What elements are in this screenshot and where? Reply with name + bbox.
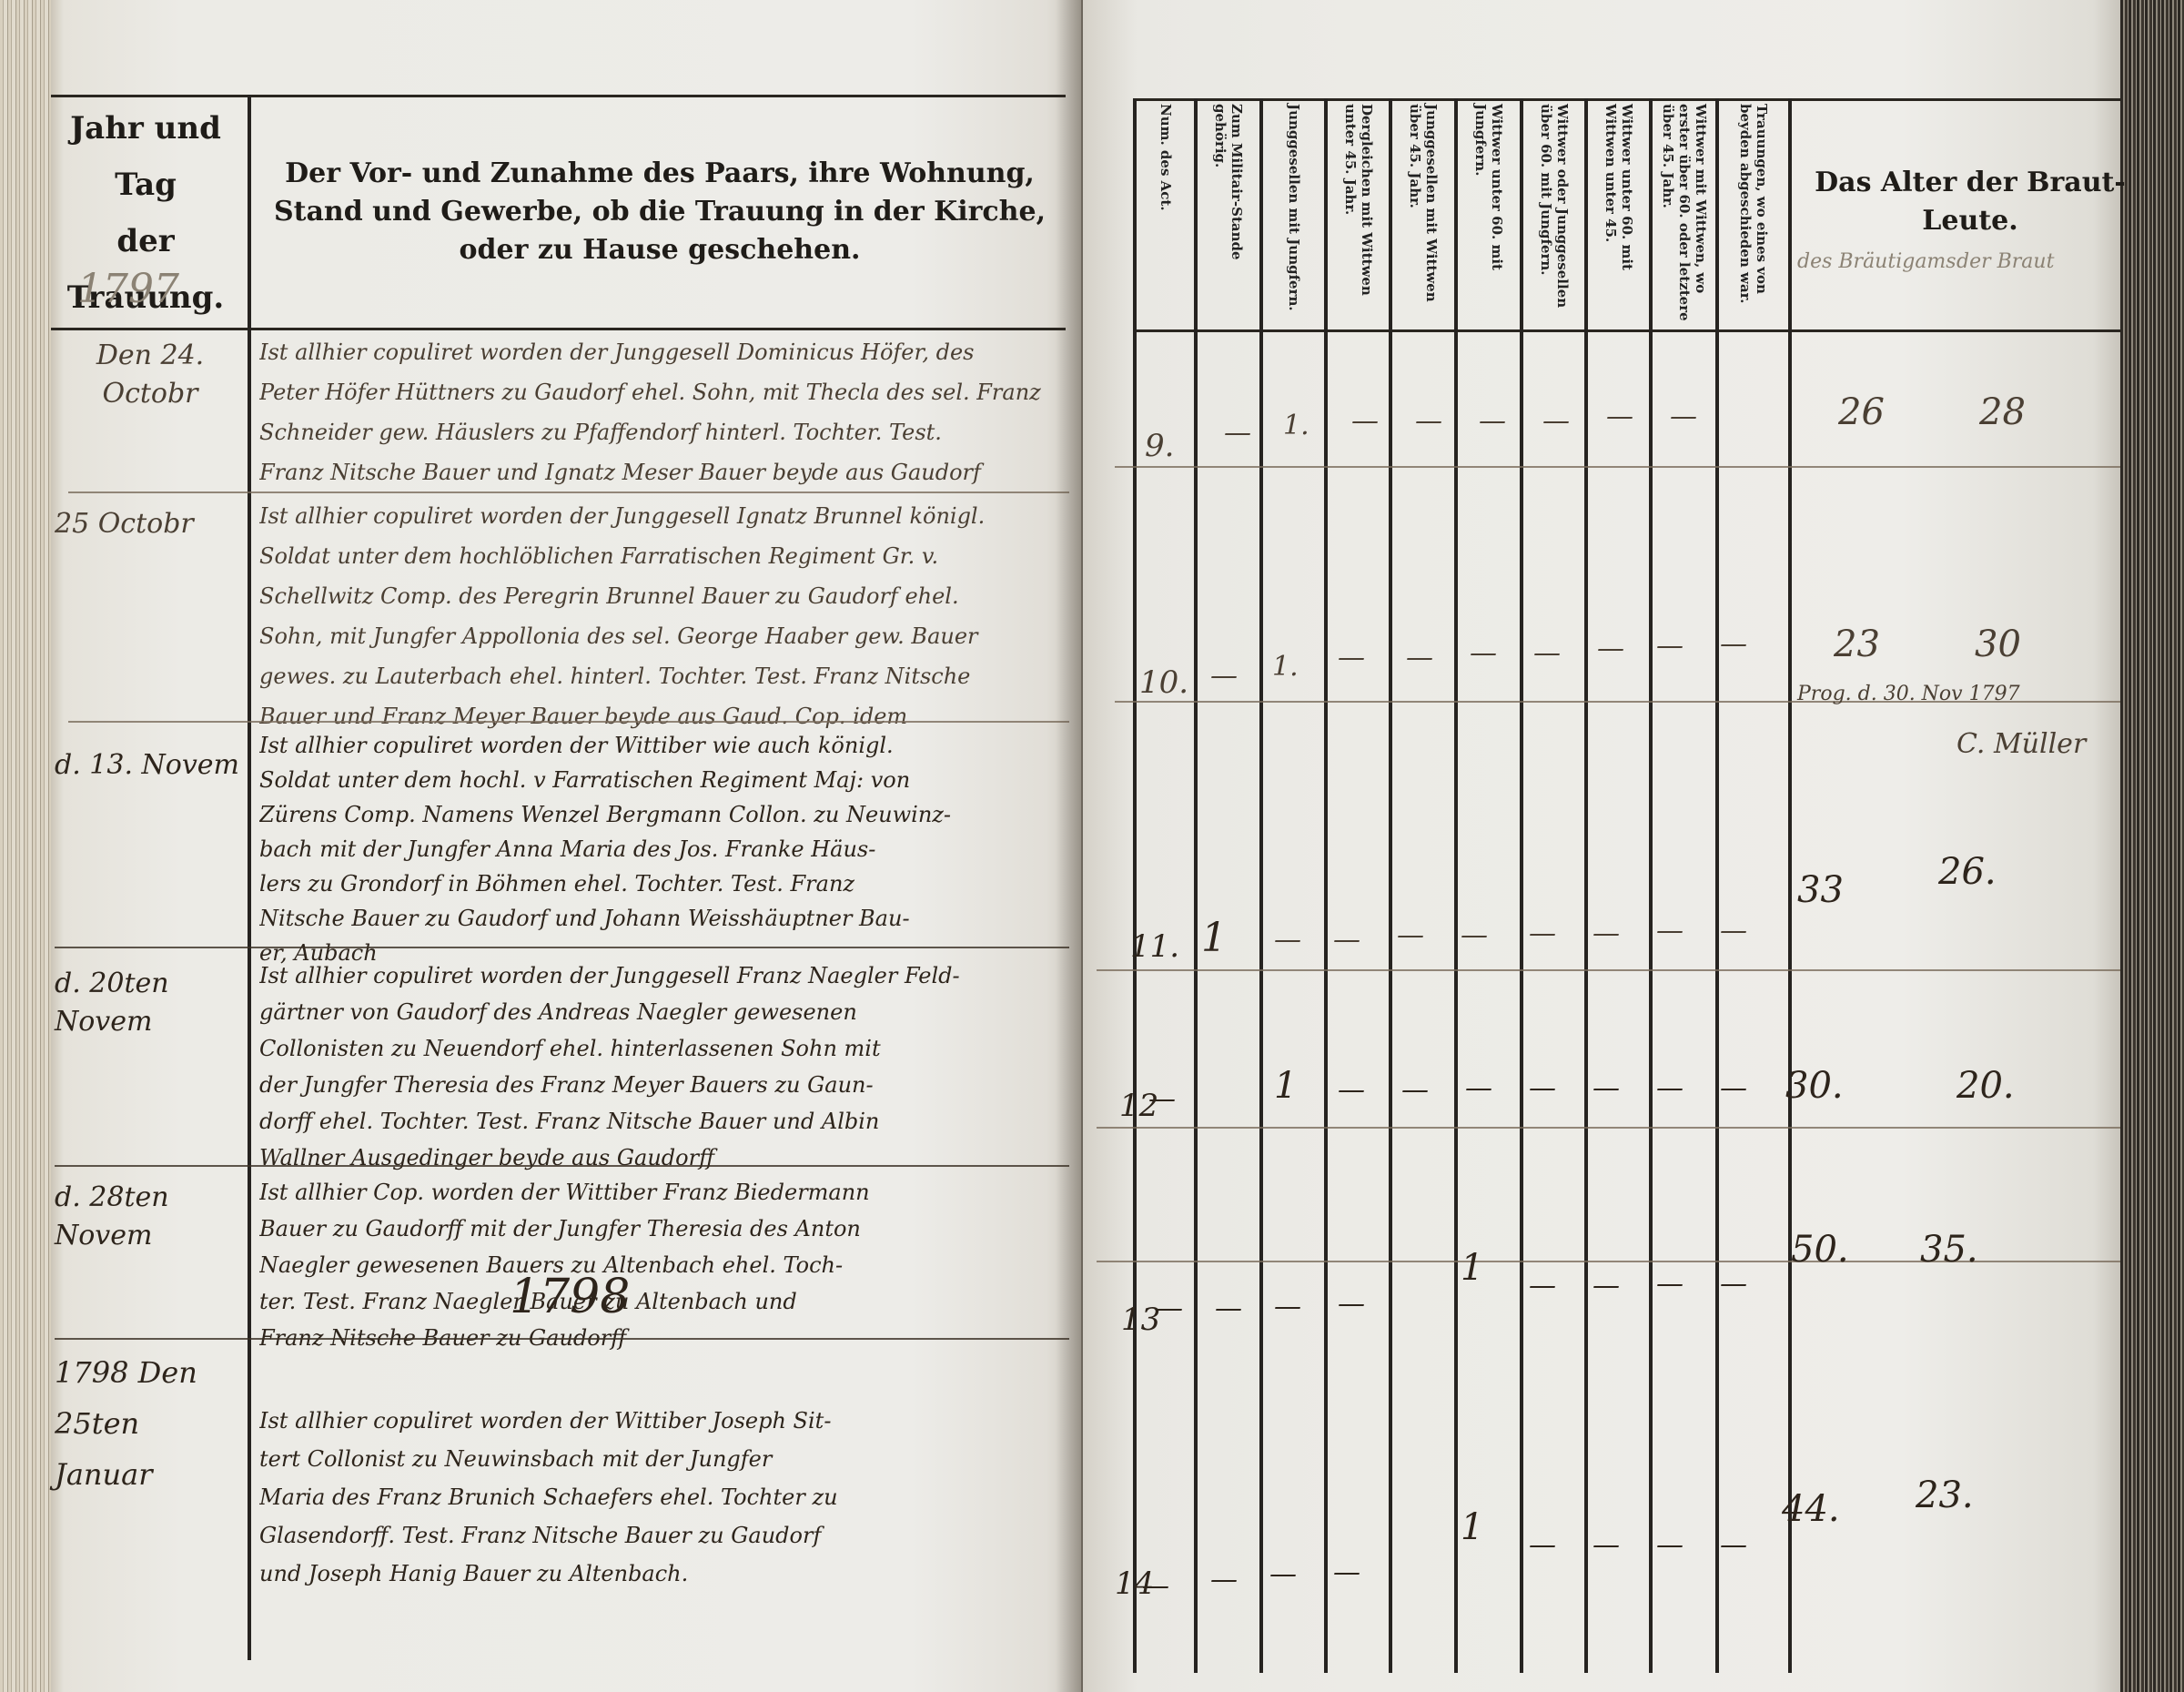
tally-mark: — xyxy=(1656,1072,1683,1104)
tally-mark: — xyxy=(1210,660,1238,692)
tally-mark: — xyxy=(1720,1268,1747,1300)
priest-signature: C. Müller xyxy=(1956,728,2086,760)
entry-separator xyxy=(55,947,1069,948)
tally-mark: — xyxy=(1592,1270,1620,1302)
proclamation-note: Prog. d. 30. Nov 1797 xyxy=(1797,683,2020,705)
groom-age: 33 xyxy=(1797,869,1844,911)
groom-age: 30. xyxy=(1785,1065,1844,1107)
act-number: 13 xyxy=(1121,1302,1160,1338)
tally-mark: — xyxy=(1338,1074,1365,1106)
tally-mark: — xyxy=(1333,924,1360,956)
row-separator xyxy=(1115,466,2120,468)
entry-date: d. 20ten Novem xyxy=(55,965,246,1041)
tally-mark: — xyxy=(1351,405,1379,437)
column-header-act-number: Num. des Act. xyxy=(1137,100,1194,332)
tally-mark: — xyxy=(1656,630,1683,662)
column-header-military: Zum Militair-Stande gehörig. xyxy=(1198,100,1259,332)
column-rule xyxy=(1324,98,1328,1673)
tally-mark: 1. xyxy=(1272,651,1299,683)
tally-mark: — xyxy=(1597,633,1624,664)
act-number: 11. xyxy=(1130,928,1179,965)
row-separator xyxy=(1097,1127,2120,1129)
column-rule xyxy=(1454,98,1458,1673)
tally-mark: — xyxy=(1269,1558,1297,1590)
tally-mark: — xyxy=(1592,1529,1620,1561)
header-year: 1797 xyxy=(77,266,179,312)
column-rule xyxy=(1584,98,1588,1673)
page-edges-right xyxy=(2120,0,2184,1692)
tally-mark: — xyxy=(1401,1074,1429,1106)
column-rule xyxy=(1715,98,1719,1673)
tally-mark: — xyxy=(1470,637,1497,669)
column-header-bachelor-widow-under45: Dergleichen mit Wittwen unter 45. Jahr. xyxy=(1328,100,1389,332)
tally-mark: — xyxy=(1224,417,1251,449)
header-top-rule xyxy=(51,95,1066,97)
entry-date: d. 13. Novem xyxy=(55,746,246,785)
tally-mark: — xyxy=(1592,917,1620,949)
column-rule xyxy=(1520,98,1523,1673)
tally-mark: 1 xyxy=(1461,1506,1483,1548)
bride-age: 28 xyxy=(1979,391,2026,433)
header-bottom-rule xyxy=(51,328,1066,330)
age-subheader-bride: der Braut xyxy=(1956,250,2054,273)
tally-mark: — xyxy=(1142,1570,1169,1602)
entry-text: Ist allhier copuliret worden der Wittibe… xyxy=(259,728,1069,970)
tally-mark: 1 xyxy=(1274,1065,1297,1107)
tally-mark: — xyxy=(1274,1291,1301,1322)
entry-date: 25 Octobr xyxy=(55,505,246,543)
column-header-bachelor-widow-over45: Junggesellen mit Wittwen über 45. Jahr. xyxy=(1392,100,1454,332)
tally-mark: — xyxy=(1720,1072,1747,1104)
entry-separator xyxy=(55,1165,1069,1167)
column-header-bachelor-maiden: Junggesellen mit Jungfern. xyxy=(1263,100,1324,332)
entry-date: 1798 Den 25ten Januar xyxy=(55,1347,246,1500)
bride-age: 23. xyxy=(1916,1474,1974,1516)
open-register-book: Jahr und Tag der Trauung. 1797 Der Vor- … xyxy=(0,0,2184,1692)
tally-mark: — xyxy=(1542,405,1570,437)
tally-mark: — xyxy=(1656,1268,1683,1300)
column-header-widower-widow-over: Wittwer mit Wittwen, wo erster über 60. … xyxy=(1653,100,1715,332)
description-column-header: Der Vor- und Zunahme des Paars, ihre Woh… xyxy=(259,155,1060,269)
entry-separator xyxy=(68,721,1069,723)
tally-mark: — xyxy=(1415,405,1442,437)
column-header-divorced: Trauungen, wo eines von beyden abgeschie… xyxy=(1719,100,1788,332)
tally-mark: — xyxy=(1720,1529,1747,1561)
tally-mark: — xyxy=(1210,1564,1238,1596)
entry-text: Ist allhier Cop. worden der Wittiber Fra… xyxy=(259,1174,1069,1356)
groom-age: 23 xyxy=(1834,623,1880,665)
age-column-header: Das Alter der Braut-Leute. xyxy=(1802,164,2138,240)
entry-date: Den 24. Octobr xyxy=(55,337,246,413)
entry-date: d. 28ten Novem xyxy=(55,1179,246,1255)
tally-mark: — xyxy=(1338,1288,1365,1320)
left-page: Jahr und Tag der Trauung. 1797 Der Vor- … xyxy=(0,0,1083,1692)
tally-mark: — xyxy=(1397,919,1424,951)
bride-age: 26. xyxy=(1938,851,1997,893)
tally-mark: — xyxy=(1406,642,1433,674)
column-rule xyxy=(1194,98,1198,1673)
entry-text: Ist allhier copuliret worden der Jungges… xyxy=(259,957,1069,1176)
groom-age: 26 xyxy=(1838,391,1885,433)
tally-mark: — xyxy=(1479,405,1506,437)
tally-mark: — xyxy=(1656,1529,1683,1561)
bride-age: 30 xyxy=(1975,623,2021,665)
column-header-widower-over60-maiden: Wittwer oder Junggesellen über 60. mit J… xyxy=(1523,100,1584,332)
groom-age: 50. xyxy=(1791,1229,1849,1271)
tally-mark: — xyxy=(1720,915,1747,947)
tally-mark: — xyxy=(1215,1292,1242,1324)
tally-mark: 1. xyxy=(1283,410,1309,441)
tally-mark: — xyxy=(1148,1083,1176,1115)
entry-separator xyxy=(68,491,1069,493)
tally-mark: — xyxy=(1156,1292,1183,1324)
entry-separator xyxy=(55,1338,1069,1340)
tally-mark: — xyxy=(1465,1072,1492,1104)
row-separator xyxy=(1097,969,2120,971)
groom-age: 44. xyxy=(1782,1488,1840,1530)
tally-mark: — xyxy=(1529,917,1556,949)
column-rule xyxy=(1788,98,1792,1673)
column-rule xyxy=(1133,98,1137,1673)
column-rule xyxy=(1259,98,1263,1673)
tally-mark: — xyxy=(1606,400,1633,432)
entry-text: Ist allhier copuliret worden der Jungges… xyxy=(259,496,1069,736)
column-header-widower-under60-maiden: Wittwer unter 60. mit Jungfern. xyxy=(1458,100,1520,332)
column-rule xyxy=(1389,98,1392,1673)
tally-mark: — xyxy=(1529,1529,1556,1561)
column-header-widower-widow-under45: Wittwer unter 60. mit Wittwen unter 45. xyxy=(1588,100,1649,332)
year-divider: 1798 xyxy=(510,1270,630,1324)
tally-mark: — xyxy=(1592,1072,1620,1104)
entry-text: Ist allhier copuliret worden der Wittibe… xyxy=(259,1402,1069,1593)
tally-mark: — xyxy=(1529,1270,1556,1302)
tally-mark: 1 xyxy=(1201,915,1227,961)
tally-mark: — xyxy=(1333,1556,1360,1588)
tally-mark: — xyxy=(1461,919,1488,951)
tally-mark: — xyxy=(1274,924,1301,956)
page-edges-left xyxy=(0,0,51,1692)
tally-mark: 1 xyxy=(1461,1247,1483,1289)
column-divider xyxy=(248,95,251,1660)
bride-age: 20. xyxy=(1956,1065,2015,1107)
age-subheader-groom: des Bräutigams xyxy=(1797,250,1956,273)
act-number: 9. xyxy=(1145,428,1174,464)
tally-mark: — xyxy=(1338,642,1365,674)
tally-mark: — xyxy=(1529,1072,1556,1104)
act-number: 10. xyxy=(1139,664,1188,701)
column-rule xyxy=(1649,98,1653,1673)
tally-mark: — xyxy=(1656,915,1683,947)
bride-age: 35. xyxy=(1920,1229,1978,1271)
entry-text: Ist allhier copuliret worden der Jungges… xyxy=(259,332,1069,492)
tally-mark: — xyxy=(1670,400,1697,432)
tally-mark: — xyxy=(1720,628,1747,660)
tally-mark: — xyxy=(1533,637,1561,669)
